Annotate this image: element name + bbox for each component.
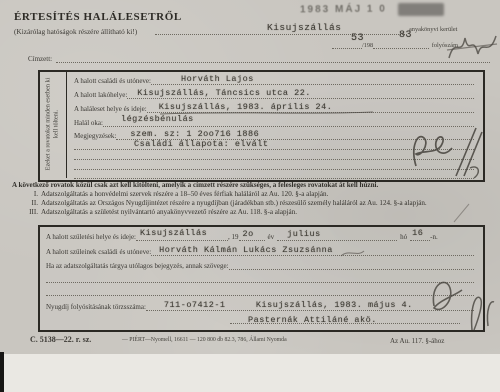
cause-of-death-value: légzésbénulás bbox=[121, 114, 194, 124]
instruction-text-1: Adatszolgáltatás a honvédelmi szervek ré… bbox=[41, 190, 328, 199]
instruction-text-3: Adatszolgáltatás a születést nyilvántart… bbox=[41, 208, 297, 217]
birth-place-value: Kisujszállás bbox=[140, 228, 207, 238]
scan-bed-strip bbox=[0, 354, 500, 392]
death-place-label: A haláleset helye és ideje: bbox=[74, 105, 147, 113]
handwritten-signature bbox=[408, 124, 488, 180]
instructions-intro: A következő rovatok közül csak azt kell … bbox=[12, 181, 488, 190]
residence-value: Kisujszállás, Táncsics utca 22. bbox=[137, 88, 311, 98]
serial-prefix: /198 bbox=[362, 42, 373, 49]
birth-year-line: 2o bbox=[239, 230, 265, 241]
legal-reference: Az Au. 117. §-ához bbox=[390, 337, 444, 345]
birth-year-prefix: , 19 bbox=[228, 233, 239, 241]
issue-place-date: Kisujszállás, 1983. május 4. bbox=[256, 300, 413, 310]
instruction-item-1: I. Adatszolgáltatás a honvédelmi szervek… bbox=[24, 190, 488, 199]
addressee-label: Címzett: bbox=[28, 55, 56, 63]
residence-label: A halott lakóhelye: bbox=[74, 91, 127, 99]
serial-line-right bbox=[373, 38, 429, 49]
birth-month-suffix: hó bbox=[397, 233, 410, 241]
subsequent-line bbox=[229, 259, 474, 270]
empty-line-2 bbox=[46, 285, 474, 296]
scanned-death-notification-form: 1983 MÁJ 1 0 ÉRTESÍTÉS HALÁLESETRŐL (Kiz… bbox=[0, 0, 500, 392]
side-note-text: Ezeket a rovatokat minden esetben ki kel… bbox=[44, 73, 60, 175]
cause-of-death-label: Halál oka: bbox=[74, 119, 103, 127]
handwritten-mark-bottom-right bbox=[420, 272, 500, 334]
addressee-line bbox=[56, 52, 490, 63]
instructions-block: A következő rovatok közül csak azt kell … bbox=[12, 181, 488, 217]
birth-year-value: 2o bbox=[243, 229, 254, 239]
residence-line: Kisujszállás, Táncsics utca 22. bbox=[127, 88, 474, 99]
district-line: Kisujszállás bbox=[155, 24, 407, 35]
instruction-text-2: Adatszolgáltatás az Országos Nyugdíjinté… bbox=[41, 199, 427, 208]
remarks-value-2: Családi állapota: elvált bbox=[134, 139, 268, 149]
instruction-item-2: II. Adatszolgáltatás az Országos Nyugdíj… bbox=[24, 199, 464, 208]
stamp-smudge bbox=[398, 3, 444, 16]
side-note-cell: Ezeket a rovatokat minden esetben ki kel… bbox=[38, 70, 67, 178]
pension-value: 711-o7412-1 bbox=[164, 300, 226, 310]
district-city-value: Kisujszállás bbox=[267, 22, 341, 33]
instruction-num-3: III. bbox=[24, 208, 41, 217]
pension-label: Nyugdíj folyósításának törzsszáma: bbox=[46, 303, 146, 311]
subsequent-label: Ha az adatszolgáltatás tárgya utólagos b… bbox=[46, 262, 229, 270]
form-subtitle: (Kizárólag hatóságok részére állítható k… bbox=[14, 27, 137, 36]
parents-value: Horváth Kálmán Lukács Zsuzsánna bbox=[159, 245, 333, 255]
birth-year-suffix: év bbox=[265, 233, 278, 241]
deceased-name-value: Horváth Lajos bbox=[181, 74, 254, 84]
birth-day-value: 16 bbox=[412, 228, 423, 238]
scan-edge-mark bbox=[0, 352, 4, 392]
deceased-name-line: Horváth Lajos bbox=[151, 74, 474, 85]
birth-month-line: julius bbox=[277, 230, 397, 241]
birth-month-value: julius bbox=[287, 229, 321, 239]
remarks-value-1: szem. sz: 1 2oo716 1886 bbox=[130, 129, 259, 139]
instruction-num-2: II. bbox=[24, 199, 41, 208]
handwritten-tick bbox=[452, 202, 472, 224]
form-number: C. 5138—22. r. sz. bbox=[30, 335, 91, 344]
form-title: ÉRTESÍTÉS HALÁLESETRŐL bbox=[14, 11, 182, 23]
birth-day-line: 16 bbox=[410, 230, 430, 241]
handwritten-stroke bbox=[340, 248, 366, 258]
print-note: — PIÉRT—Nyomell, 16611 — 120 800 db 82.3… bbox=[122, 337, 287, 343]
birth-place-line: Kisujszállás bbox=[136, 230, 228, 241]
parents-line: Horváth Kálmán Lukács Zsuzsánna bbox=[151, 245, 474, 256]
date-stamp: 1983 MÁJ 1 0 bbox=[300, 4, 387, 16]
instruction-item-3: III. Adatszolgáltatás a születést nyilvá… bbox=[24, 208, 488, 217]
instruction-num-1: I. bbox=[24, 190, 41, 199]
birth-day-suffix: -n. bbox=[430, 233, 438, 241]
serial-line-left bbox=[332, 38, 362, 49]
parents-label: A halott szüleinek családi és utóneve: bbox=[46, 248, 151, 256]
empty-line-1 bbox=[46, 272, 474, 283]
registrar-signature: Pasternák Attiláné akö. bbox=[248, 315, 377, 325]
birth-label: A halott születési helye és ideje: bbox=[46, 233, 136, 241]
deceased-name-label: A halott családi és utóneve: bbox=[74, 77, 151, 85]
